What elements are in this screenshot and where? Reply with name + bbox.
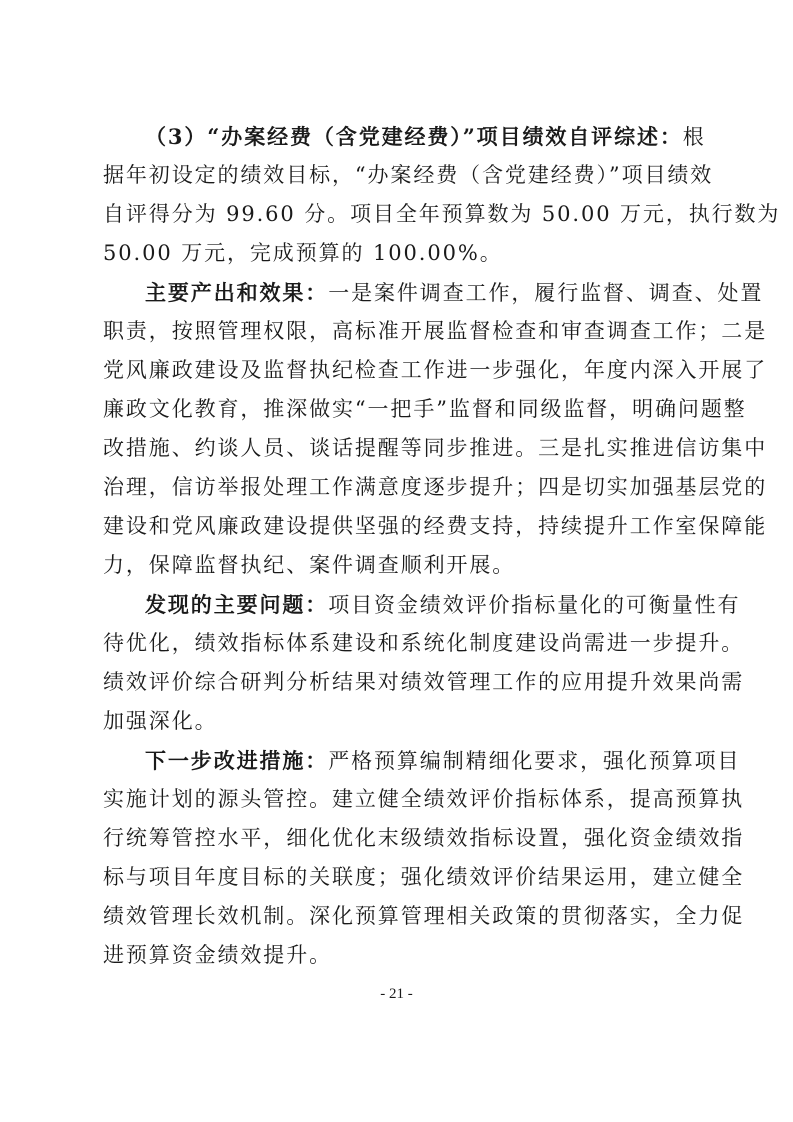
paragraph-line: 进预算资金绩效提升。	[103, 936, 693, 975]
paragraph-line: 绩效评价综合研判分析结果对绩效管理工作的应用提升效果尚需	[103, 663, 693, 702]
paragraph-line: 主要产出和效果：一是案件调查工作，履行监督、调查、处置	[103, 273, 693, 312]
paragraph-line: 发现的主要问题：项目资金绩效评价指标量化的可衡量性有	[103, 585, 693, 624]
paragraph-line: 党风廉政建设及监督执纪检查工作进一步强化，年度内深入开展了	[103, 351, 693, 390]
document-page: （3）“办案经费（含党建经费）”项目绩效自评综述：根 据年初设定的绩效目标，“办…	[103, 117, 693, 975]
paragraph-line: 下一步改进措施：严格预算编制精细化要求，强化预算项目	[103, 741, 693, 780]
section-project-summary: （3）“办案经费（含党建经费）”项目绩效自评综述：根 据年初设定的绩效目标，“办…	[103, 117, 693, 273]
paragraph-line: 实施计划的源头管控。建立健全绩效评价指标体系，提高预算执	[103, 780, 693, 819]
paragraph-text: 严格预算编制精细化要求，强化预算项目	[328, 749, 740, 773]
paragraph-line: 加强深化。	[103, 702, 693, 741]
paragraph-line: 绩效管理长效机制。深化预算管理相关政策的贯彻落实，全力促	[103, 897, 693, 936]
paragraph-line: 待优化，绩效指标体系建设和系统化制度建设尚需进一步提升。	[103, 624, 693, 663]
page-number: - 21 -	[0, 986, 793, 1003]
section-heading: 主要产出和效果：	[145, 280, 328, 305]
paragraph-text: 项目资金绩效评价指标量化的可衡量性有	[328, 593, 740, 617]
paragraph-line: 标与项目年度目标的关联度；强化绩效评价结果运用，建立健全	[103, 858, 693, 897]
paragraph-line: 治理，信访举报处理工作满意度逐步提升；四是切实加强基层党的	[103, 468, 693, 507]
section-main-problems: 发现的主要问题：项目资金绩效评价指标量化的可衡量性有 待优化，绩效指标体系建设和…	[103, 585, 693, 741]
section-heading: 下一步改进措施：	[145, 748, 328, 773]
paragraph-line: 建设和党风廉政建设提供坚强的经费支持，持续提升工作室保障能	[103, 507, 693, 546]
paragraph-line: （3）“办案经费（含党建经费）”项目绩效自评综述：根	[103, 117, 693, 156]
paragraph-line: 行统筹管控水平，细化优化末级绩效指标设置，强化资金绩效指	[103, 819, 693, 858]
section-heading: （3）“办案经费（含党建经费）”项目绩效自评综述：	[145, 124, 683, 149]
paragraph-line: 改措施、约谈人员、谈话提醒等同步推进。三是扎实推进信访集中	[103, 429, 693, 468]
paragraph-line: 职责，按照管理权限，高标准开展监督检查和审查调查工作；二是	[103, 312, 693, 351]
paragraph-line: 据年初设定的绩效目标，“办案经费（含党建经费）”项目绩效	[103, 156, 693, 195]
paragraph-line: 50.00 万元，完成预算的 100.00%。	[103, 234, 693, 273]
paragraph-text: 根	[683, 125, 706, 149]
paragraph-line: 廉政文化教育，推深做实“一把手”监督和同级监督，明确问题整	[103, 390, 693, 429]
paragraph-line: 自评得分为 99.60 分。项目全年预算数为 50.00 万元，执行数为	[103, 195, 693, 234]
paragraph-line: 力，保障监督执纪、案件调查顺利开展。	[103, 546, 693, 585]
section-main-outputs: 主要产出和效果：一是案件调查工作，履行监督、调查、处置 职责，按照管理权限，高标…	[103, 273, 693, 585]
section-heading: 发现的主要问题：	[145, 592, 328, 617]
section-improvement-measures: 下一步改进措施：严格预算编制精细化要求，强化预算项目 实施计划的源头管控。建立健…	[103, 741, 693, 975]
paragraph-text: 一是案件调查工作，履行监督、调查、处置	[328, 281, 763, 305]
